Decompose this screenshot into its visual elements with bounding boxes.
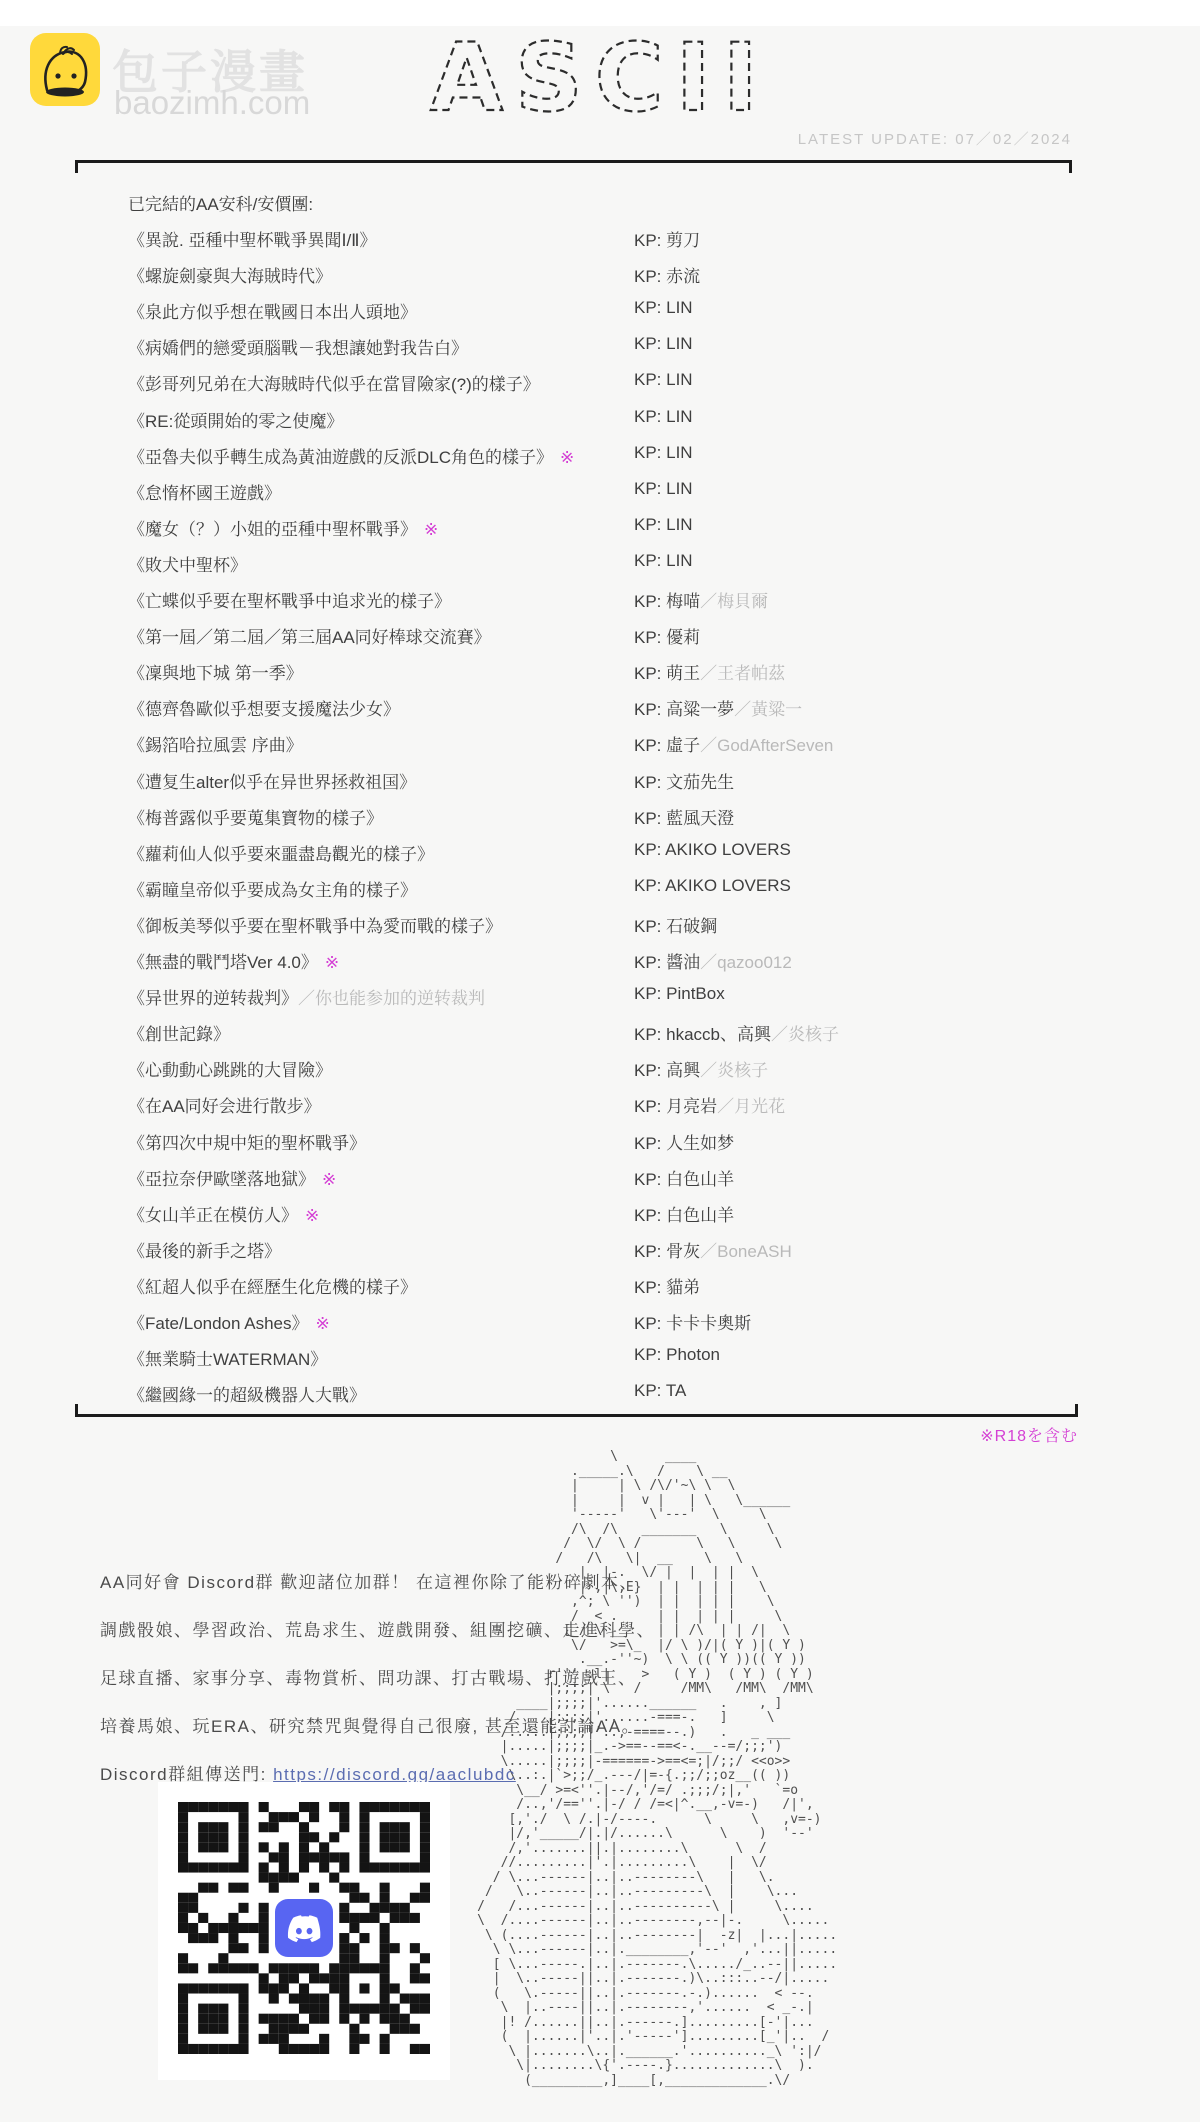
work-title: 《亞拉奈伊歐墜落地獄》※ [128,1165,336,1190]
work-kp: KP: Photon [634,1345,720,1365]
work-kp-alias: ／炎核子 [700,1061,768,1080]
work-kp: KP: LIN [634,370,693,390]
work-kp: KP: AKIKO LOVERS [634,876,791,896]
work-row: 《怠惰杯國王遊戲》※ KP: LIN [128,479,1088,501]
work-kp: KP: LIN [634,334,693,354]
work-title: 《亞魯夫似乎轉生成為黃油遊戲的反派DLC角色的樣子》※ [128,443,574,468]
work-kp: KP: 赤流 [634,262,700,287]
work-row: 《在AA同好会进行散步》※ KP: 月亮岩／月光花 [128,1092,1088,1114]
work-title: 《Fate/London Ashes》※ [128,1309,330,1334]
work-kp: KP: 萌王／王者帕茲 [634,659,785,684]
work-title: 《女山羊正在模仿人》※ [128,1201,319,1226]
work-row: 《創世記錄》※ KP: hkaccb、高興／炎核子 [128,1020,1088,1042]
work-row: 《無盡的戰鬥塔Ver 4.0》※ KP: 醬油／qazoo012 [128,948,1088,970]
discord-logo-icon [275,1899,333,1957]
discord-text-line: AA同好會 Discord群 歡迎諸位加群！ 在這裡你除了能粉碎劇本、 [100,1568,640,1593]
work-row: 《心動動心跳跳的大冒險》※ KP: 高興／炎核子 [128,1056,1088,1078]
work-kp: KP: 石破鋼 [634,912,717,937]
work-row: 《無業騎士WATERMAN》※ KP: Photon [128,1345,1088,1367]
discord-qr-code [158,1782,450,2080]
work-row: 《遭复生alter似乎在异世界拯救祖国》※ KP: 文茄先生 [128,768,1088,790]
work-row: 《第四次中規中矩的聖杯戰爭》※ KP: 人生如梦 [128,1129,1088,1151]
work-kp-alias: ／月光花 [717,1097,785,1116]
work-title: 《第四次中規中矩的聖杯戰爭》※ [128,1129,366,1154]
work-row: 《繼國緣一的超級機器人大戰》※ KP: TA [128,1381,1088,1403]
work-title: 《彭哥列兄弟在大海賊時代似乎在當冒險家(?)的樣子》※ [128,370,540,395]
work-kp: KP: PintBox [634,984,725,1004]
baozimh-logo-icon [30,33,100,106]
work-kp: KP: 白色山羊 [634,1165,734,1190]
work-title: 《RE:從頭開始的零之使魔》※ [128,407,343,432]
work-kp: KP: 優莉 [634,623,700,648]
work-title: 《御板美琴似乎要在聖杯戰爭中為愛而戰的樣子》※ [128,912,502,937]
work-row: 《霸瞳皇帝似乎要成為女主角的樣子》※ KP: AKIKO LOVERS [128,876,1088,898]
top-rule [75,160,1072,163]
work-title: 《病嬌們的戀愛頭腦戰－我想讓她對我告白》※ [128,334,468,359]
work-kp-alias: ／梅貝爾 [700,592,768,611]
work-title: 《德齊魯歐似乎想要支援魔法少女》※ [128,695,400,720]
work-title: 《第一屆／第二屆／第三屆AA同好棒球交流賽》※ [128,623,491,648]
latest-update-label: LATEST UPDATE: 07／02／2024 [0,128,1072,149]
work-title: 《怠惰杯國王遊戲》※ [128,479,281,504]
work-title: 《繼國緣一的超級機器人大戰》※ [128,1381,366,1406]
work-kp: KP: 月亮岩／月光花 [634,1092,785,1117]
work-title: 《遭复生alter似乎在异世界拯救祖国》※ [128,768,416,793]
site-domain: baozimh.com [114,84,310,122]
page: 包子漫畫 baozimh.com ASCII LATEST UPDATE: 07… [0,0,1200,2122]
r18-asterisk-mark: ※ [325,953,339,972]
work-row: 《錫箔哈拉風雲 序曲》※ KP: 虛子／GodAfterSeven [128,731,1088,753]
bottom-rule [75,1414,1078,1417]
r18-note: ※R18を含む [0,1423,1078,1446]
r18-asterisk-mark: ※ [305,1206,319,1225]
work-title: 《魔女（？）小姐的亞種中聖杯戰爭》※ [128,515,438,540]
work-kp-alias: ／王者帕茲 [700,664,785,683]
r18-asterisk-mark: ※ [560,448,574,467]
work-kp: KP: LIN [634,298,693,318]
work-row: 《御板美琴似乎要在聖杯戰爭中為愛而戰的樣子》※ KP: 石破鋼 [128,912,1088,934]
work-row: 《Fate/London Ashes》※ KP: 卡卡卡奧斯 [128,1309,1088,1331]
work-title: 《無盡的戰鬥塔Ver 4.0》※ [128,948,339,973]
work-title: 《最後的新手之塔》※ [128,1237,281,1262]
work-kp: KP: AKIKO LOVERS [634,840,791,860]
work-title: 《無業騎士WATERMAN》※ [128,1345,327,1370]
work-kp: KP: 高興／炎核子 [634,1056,768,1081]
work-title: 《錫箔哈拉風雲 序曲》※ [128,731,303,756]
work-title: 《紅超人似乎在經歷生化危機的樣子》※ [128,1273,417,1298]
work-row: 《亞魯夫似乎轉生成為黃油遊戲的反派DLC角色的樣子》※ KP: LIN [128,443,1088,465]
bun-icon [30,33,100,106]
work-row: 《魔女（？）小姐的亞種中聖杯戰爭》※ KP: LIN [128,515,1088,537]
work-row: 《泉此方似乎想在戰國日本出人頭地》※ KP: LIN [128,298,1088,320]
work-title: 《敗犬中聖杯》※ [128,551,247,576]
work-title: 《凜與地下城 第一季》※ [128,659,303,684]
work-kp-alias: ／BoneASH [700,1242,792,1261]
work-row: 《梅普露似乎要蒐集寶物的樣子》※ KP: 藍風天澄 [128,804,1088,826]
work-row: 《女山羊正在模仿人》※ KP: 白色山羊 [128,1201,1088,1223]
work-kp-alias: ／炎核子 [771,1025,839,1044]
work-title-note: ／你也能参加的逆转裁判 [298,989,485,1008]
work-title: 《蘿莉仙人似乎要來噩盡島觀光的樣子》※ [128,840,434,865]
work-kp: KP: 文茄先生 [634,768,734,793]
work-kp-alias: ／黃粱一 [734,700,802,719]
work-kp: KP: 高粱一夢／黃粱一 [634,695,802,720]
work-row: 《第一屆／第二屆／第三屆AA同好棒球交流賽》※ KP: 優莉 [128,623,1088,645]
work-kp-alias: ／GodAfterSeven [700,736,833,755]
ascii-title-art: ASCII [345,12,855,135]
work-title: 《异世界的逆转裁判》／你也能参加的逆转裁判※ [128,984,485,1009]
work-row: 《蘿莉仙人似乎要來噩盡島觀光的樣子》※ KP: AKIKO LOVERS [128,840,1088,862]
work-kp: KP: 藍風天澄 [634,804,734,829]
r18-asterisk-mark: ※ [322,1170,336,1189]
work-row: 《RE:從頭開始的零之使魔》※ KP: LIN [128,407,1088,429]
work-title: 《霸瞳皇帝似乎要成為女主角的樣子》※ [128,876,417,901]
work-row: 《螺旋劍豪與大海賊時代》※ KP: 赤流 [128,262,1088,284]
work-row: 《敗犬中聖杯》※ KP: LIN [128,551,1088,573]
work-row: 《凜與地下城 第一季》※ KP: 萌王／王者帕茲 [128,659,1088,681]
work-kp: KP: LIN [634,515,693,535]
work-row: 《亞拉奈伊歐墜落地獄》※ KP: 白色山羊 [128,1165,1088,1187]
work-title: 《螺旋劍豪與大海賊時代》※ [128,262,332,287]
work-title: 《梅普露似乎要蒐集寶物的樣子》※ [128,804,383,829]
work-title: 《創世記錄》※ [128,1020,230,1045]
work-kp: KP: 醬油／qazoo012 [634,948,792,973]
work-row: 《德齊魯歐似乎想要支援魔法少女》※ KP: 高粱一夢／黃粱一 [128,695,1088,717]
list-header: 已完結的AA安科/安價團: [128,190,313,215]
r18-asterisk-mark: ※ [316,1314,330,1333]
work-row: 《异世界的逆转裁判》／你也能参加的逆转裁判※ KP: PintBox [128,984,1088,1006]
work-row: 《紅超人似乎在經歷生化危機的樣子》※ KP: 貓弟 [128,1273,1088,1295]
work-kp: KP: LIN [634,443,693,463]
work-title: 《在AA同好会进行散步》※ [128,1092,321,1117]
discord-text-line: 調戲骰娘、學習政治、荒島求生、遊戲開發、組團挖礦、走進科學、 [100,1616,640,1641]
work-kp: KP: 剪刀 [634,226,700,251]
work-title: 《泉此方似乎想在戰國日本出人頭地》※ [128,298,417,323]
work-kp: KP: LIN [634,407,693,427]
completed-works-list: 《異說. 亞種中聖杯戰爭異聞Ⅰ/Ⅱ》※ KP: 剪刀 《螺旋劍豪與大海賊時代》※… [128,226,1088,1416]
work-kp: KP: LIN [634,479,693,499]
work-row: 《最後的新手之塔》※ KP: 骨灰／BoneASH [128,1237,1088,1259]
work-title: 《亡蝶似乎要在聖杯戰爭中追求光的樣子》※ [128,587,451,612]
discord-text-line: 足球直播、家事分享、毒物賞析、問功課、打古戰場、打遊戲王、 [100,1664,640,1689]
work-kp: KP: hkaccb、高興／炎核子 [634,1020,839,1045]
work-kp: KP: 梅喵／梅貝爾 [634,587,768,612]
work-row: 《病嬌們的戀愛頭腦戰－我想讓她對我告白》※ KP: LIN [128,334,1088,356]
work-title: 《心動動心跳跳的大冒險》※ [128,1056,332,1081]
work-kp: KP: 白色山羊 [634,1201,734,1226]
work-row: 《亡蝶似乎要在聖杯戰爭中追求光的樣子》※ KP: 梅喵／梅貝爾 [128,587,1088,609]
work-kp: KP: 卡卡卡奧斯 [634,1309,751,1334]
work-kp: KP: TA [634,1381,686,1401]
r18-asterisk-mark: ※ [424,520,438,539]
work-kp: KP: 人生如梦 [634,1129,734,1154]
work-kp: KP: LIN [634,551,693,571]
discord-text-line: 培養馬娘、玩ERA、研究禁咒與覺得自己很廢, 甚至還能討論AA。 [100,1712,640,1737]
work-kp: KP: 骨灰／BoneASH [634,1237,792,1262]
work-kp: KP: 貓弟 [634,1273,700,1298]
work-kp-alias: ／qazoo012 [700,953,792,972]
work-kp: KP: 虛子／GodAfterSeven [634,731,833,756]
work-title: 《異說. 亞種中聖杯戰爭異聞Ⅰ/Ⅱ》※ [128,226,377,251]
work-row: 《彭哥列兄弟在大海賊時代似乎在當冒險家(?)的樣子》※ KP: LIN [128,370,1088,392]
ascii-title-text: ASCII [430,24,769,130]
work-row: 《異說. 亞種中聖杯戰爭異聞Ⅰ/Ⅱ》※ KP: 剪刀 [128,226,1088,248]
